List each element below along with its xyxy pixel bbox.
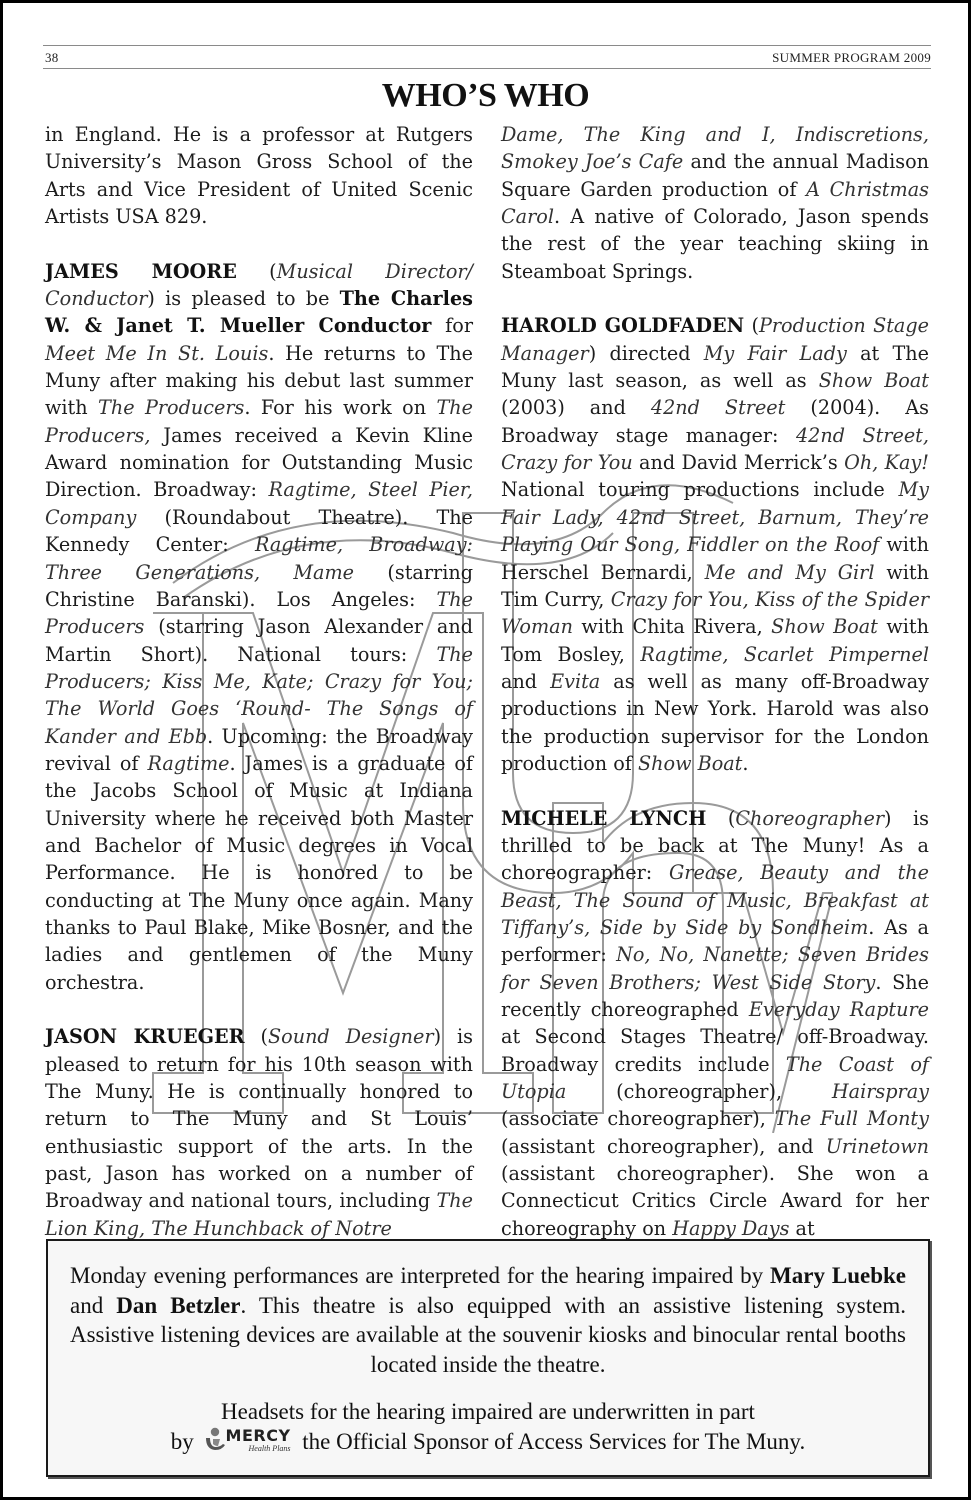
show-title: Oh, Kay! bbox=[844, 451, 929, 474]
bio-name: JASON KRUEGER bbox=[45, 1025, 245, 1048]
header-rule-bottom bbox=[43, 68, 931, 69]
bio-name: HAROLD GOLDFADEN bbox=[501, 314, 744, 337]
bio-krueger-continued: Dame, The King and I, Indiscretions, Smo… bbox=[501, 121, 929, 285]
page-number: 38 bbox=[45, 50, 59, 66]
paragraph-text: in England. He is a professor at Rutgers… bbox=[45, 123, 473, 228]
show-title: Everyday Rapture bbox=[749, 998, 929, 1021]
show-title: Ragtime bbox=[147, 752, 229, 775]
show-title: Show Boat bbox=[771, 615, 878, 638]
mercy-logo-icon bbox=[204, 1427, 226, 1453]
text: (2003) and bbox=[501, 396, 626, 419]
text: is pleased to be bbox=[165, 287, 329, 310]
text: Monday evening performances are interpre… bbox=[70, 1263, 763, 1288]
left-column: in England. He is a professor at Rutgers… bbox=[45, 121, 473, 1242]
show-title: Urinetown bbox=[826, 1135, 929, 1158]
bio-james-moore: JAMES MOORE (Musical Director/ Conductor… bbox=[45, 258, 473, 996]
text: . bbox=[742, 752, 748, 775]
text: . A native of Colorado, Jason spends the… bbox=[501, 205, 929, 283]
notice-paragraph-interpreters: Monday evening performances are interpre… bbox=[70, 1261, 906, 1379]
text: National touring productions include bbox=[501, 478, 885, 501]
bio-continued-text: in England. He is a professor at Rutgers… bbox=[45, 121, 473, 230]
brand-subtitle: Health Plans bbox=[249, 1445, 291, 1453]
show-title: Show Boat bbox=[819, 369, 929, 392]
show-title: Me and My Girl bbox=[705, 561, 875, 584]
show-title: Meet Me In St. Louis bbox=[45, 342, 268, 365]
text: (assistant choreographer), and bbox=[501, 1135, 814, 1158]
text: (choreographer), bbox=[616, 1080, 782, 1103]
show-title: The Producers bbox=[98, 396, 244, 419]
bio-role: Choreographer bbox=[735, 807, 884, 830]
publication-name: SUMMER PROGRAM 2009 bbox=[772, 50, 931, 66]
text: (associate choreographer), bbox=[501, 1107, 766, 1130]
header-rule-top bbox=[43, 45, 931, 46]
text: and bbox=[70, 1293, 103, 1318]
show-title: Ragtime, Scarlet Pimpernel bbox=[640, 643, 929, 666]
interpreter-name: Dan Betzler bbox=[116, 1293, 240, 1318]
right-column: Dame, The King and I, Indiscretions, Smo… bbox=[501, 121, 929, 1242]
text: for bbox=[445, 314, 473, 337]
program-page: 38 SUMMER PROGRAM 2009 WHO’S WHO in Engl… bbox=[3, 3, 968, 1497]
interpreter-name: Mary Luebke bbox=[770, 1263, 906, 1288]
mercy-health-plans-logo: MERCY Health Plans bbox=[204, 1427, 291, 1453]
sponsor-line-1: Headsets for the hearing impaired are un… bbox=[70, 1397, 906, 1427]
show-title: Show Boat bbox=[638, 752, 742, 775]
bio-harold-goldfaden: HAROLD GOLDFADEN (Production Stage Manag… bbox=[501, 312, 929, 777]
text: and bbox=[501, 670, 537, 693]
brand-name: MERCY bbox=[226, 1428, 291, 1444]
bio-jason-krueger: JASON KRUEGER (Sound Designer) is please… bbox=[45, 1023, 473, 1242]
text: with Chita Rivera, bbox=[581, 615, 762, 638]
show-title: Evita bbox=[550, 670, 600, 693]
show-title: Hairspray bbox=[832, 1080, 929, 1103]
page-title: WHO’S WHO bbox=[3, 77, 968, 115]
running-header: 38 SUMMER PROGRAM 2009 bbox=[43, 50, 931, 66]
text: at bbox=[796, 1217, 815, 1240]
text: . For his work on bbox=[244, 396, 426, 419]
bio-role: Sound Designer bbox=[268, 1025, 434, 1048]
show-title: 42nd Street bbox=[651, 396, 786, 419]
bio-name: JAMES MOORE bbox=[45, 260, 237, 283]
bio-name: MICHELE LYNCH bbox=[501, 807, 706, 830]
text: is pleased to return for his 10th season… bbox=[45, 1025, 473, 1212]
text: the Official Sponsor of Access Services … bbox=[302, 1429, 805, 1454]
text: . James is a graduate of the Jacobs Scho… bbox=[45, 752, 473, 994]
show-title: My Fair Lady bbox=[704, 342, 847, 365]
notice-paragraph-sponsor: Headsets for the hearing impaired are un… bbox=[70, 1397, 906, 1456]
text: directed bbox=[609, 342, 690, 365]
accessibility-notice-box: Monday evening performances are interpre… bbox=[46, 1239, 930, 1477]
text: and David Merrick’s bbox=[639, 451, 838, 474]
text: by bbox=[171, 1429, 194, 1454]
show-title: The Full Monty bbox=[775, 1107, 929, 1130]
mercy-logo-text: MERCY Health Plans bbox=[226, 1428, 291, 1453]
sponsor-line-2: by MERCY Health Plans the Official Spons… bbox=[70, 1427, 906, 1457]
bio-michele-lynch: MICHELE LYNCH (Choreographer) is thrille… bbox=[501, 805, 929, 1243]
show-title: Happy Days bbox=[672, 1217, 789, 1240]
